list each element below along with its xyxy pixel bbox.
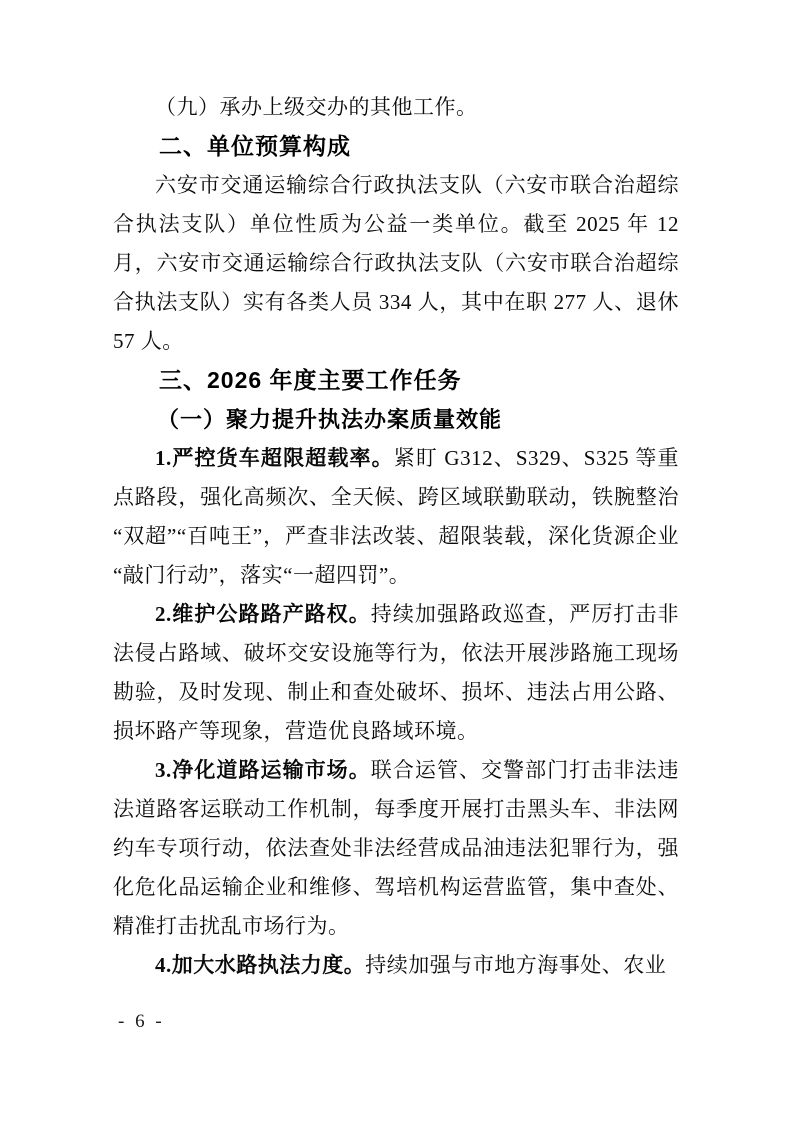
task-4-text: 持续加强与市地方海事处、农业	[365, 953, 666, 977]
heading-section-2-budget-composition: 二、单位预算构成	[113, 127, 679, 166]
paragraph-task-3-transport-market: 3.净化道路运输市场。联合运管、交警部门打击非法违法道路客运联动工作机制，每季度…	[113, 751, 679, 946]
paragraph-task-1-overload-control: 1.严控货车超限超载率。紧盯 G312、S329、S325 等重点路段，强化高频…	[113, 439, 679, 595]
heading-section-3-2026-tasks: 三、2026 年度主要工作任务	[113, 361, 679, 400]
task-1-lead: 1.严控货车超限超载率。	[155, 446, 394, 470]
heading-subsection-1-law-enforcement-quality: （一）聚力提升执法办案质量效能	[113, 400, 679, 439]
page-number: - 6 -	[118, 1010, 165, 1034]
task-2-lead: 2.维护公路路产路权。	[155, 602, 371, 626]
task-3-text: 联合运管、交警部门打击非法违法道路客运联动工作机制，每季度开展打击黑头车、非法网…	[113, 758, 679, 938]
paragraph-budget-composition: 六安市交通运输综合行政执法支队（六安市联合治超综合执法支队）单位性质为公益一类单…	[113, 166, 679, 361]
document-page: （九）承办上级交办的其他工作。 二、单位预算构成 六安市交通运输综合行政执法支队…	[0, 0, 793, 1122]
task-3-lead: 3.净化道路运输市场。	[155, 758, 371, 782]
paragraph-other-tasks: （九）承办上级交办的其他工作。	[113, 88, 679, 127]
document-body: （九）承办上级交办的其他工作。 二、单位预算构成 六安市交通运输综合行政执法支队…	[113, 88, 679, 985]
task-4-lead: 4.加大水路执法力度。	[155, 953, 365, 977]
paragraph-task-2-road-property-rights: 2.维护公路路产路权。持续加强路政巡查，严厉打击非法侵占路域、破坏交安设施等行为…	[113, 595, 679, 751]
paragraph-task-4-waterway-enforcement: 4.加大水路执法力度。持续加强与市地方海事处、农业	[113, 946, 679, 985]
